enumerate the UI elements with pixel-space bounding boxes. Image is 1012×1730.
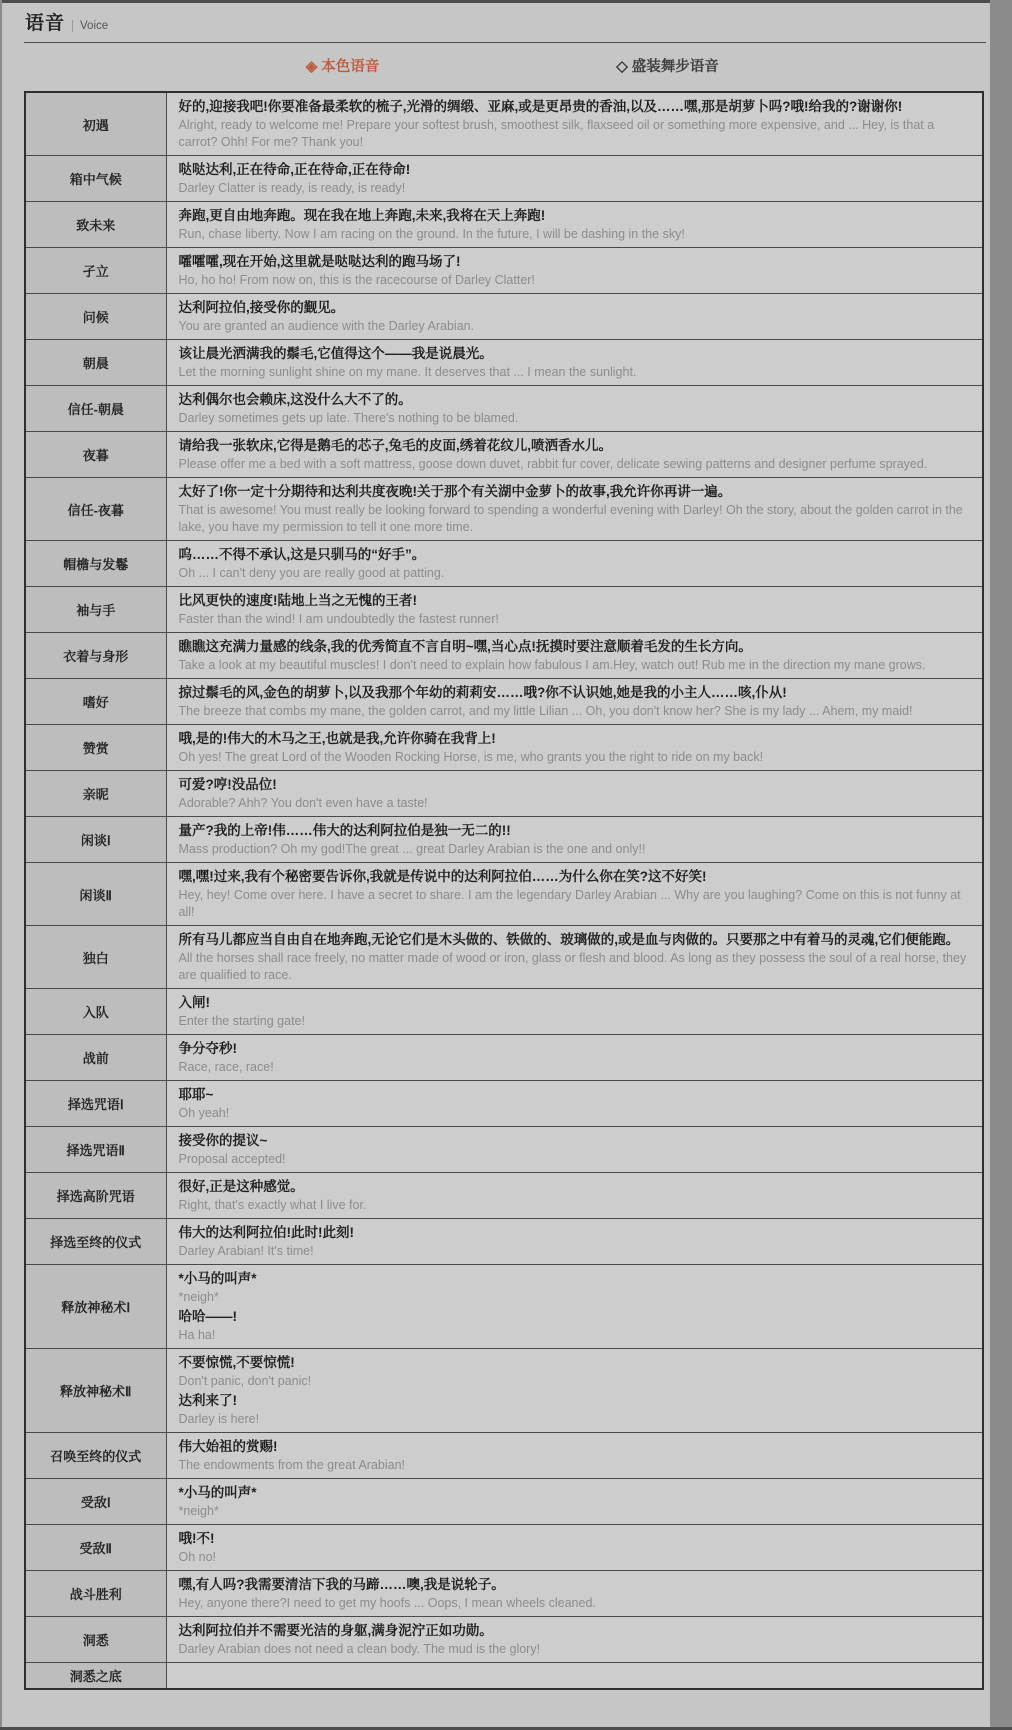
voice-row: 闲谈Ⅱ 嘿,嘿!过来,我有个秘密要告诉你,我就是传说中的达利阿拉伯……为什么你在… xyxy=(25,863,983,926)
voice-line-en: Ha ha! xyxy=(179,1327,971,1344)
voice-row: 箱中气候 哒哒达利,正在待命,正在待命,正在待命!Darley Clatter … xyxy=(25,156,983,202)
voice-row-label: 衣着与身形 xyxy=(25,633,166,679)
voice-row-label: 洞悉之底 xyxy=(25,1663,166,1690)
voice-row-label: 闲谈Ⅰ xyxy=(25,817,166,863)
voice-line-cn: 嘿,有人吗?我需要清洁下我的马蹄……噢,我是说轮子。 xyxy=(179,1575,971,1594)
voice-table-body: 初遇 好的,迎接我吧!你要准备最柔软的梳子,光滑的绸缎、亚麻,或是更昂贵的香油,… xyxy=(25,92,983,1689)
voice-line-cn: 可爱?哼!没品位! xyxy=(179,775,971,794)
voice-line-cn: 掠过鬃毛的风,金色的胡萝卜,以及我那个年幼的莉莉安……哦?你不认识她,她是我的小… xyxy=(179,683,971,702)
voice-row: 信任-朝晨 达利偶尔也会赖床,这没什么大不了的。Darley sometimes… xyxy=(25,386,983,432)
voice-row: 赞赏 哦,是的!伟大的木马之王,也就是我,允许你骑在我背上!Oh yes! Th… xyxy=(25,725,983,771)
voice-line-cn: 伟大的达利阿拉伯!此时!此刻! xyxy=(179,1223,971,1242)
voice-row: 择选高阶咒语 很好,正是这种感觉。Right, that's exactly w… xyxy=(25,1173,983,1219)
voice-row: 释放神秘术Ⅱ 不要惊慌,不要惊慌!Don't panic, don't pani… xyxy=(25,1349,983,1433)
voice-line-en: Race, race, race! xyxy=(179,1059,971,1076)
voice-row-label: 战斗胜利 xyxy=(25,1571,166,1617)
voice-line-cn: *小马的叫声* xyxy=(179,1269,971,1288)
voice-row: 释放神秘术Ⅰ *小马的叫声**neigh*哈哈——!Ha ha! xyxy=(25,1265,983,1349)
voice-row-label: 择选高阶咒语 xyxy=(25,1173,166,1219)
voice-row-label: 亲昵 xyxy=(25,771,166,817)
voice-row-label: 问候 xyxy=(25,294,166,340)
voice-line-cn: 达利来了! xyxy=(179,1391,971,1410)
voice-line-cn: *小马的叫声* xyxy=(179,1483,971,1502)
voice-row: 夜暮 请给我一张软床,它得是鹅毛的芯子,兔毛的皮面,绣着花纹儿,喷洒香水儿。Pl… xyxy=(25,432,983,478)
voice-row-content: 不要惊慌,不要惊慌!Don't panic, don't panic!达利来了!… xyxy=(166,1349,983,1433)
voice-line-cn: 量产?我的上帝!伟……伟大的达利阿拉伯是独一无二的!! xyxy=(179,821,971,840)
voice-row-label: 召唤至终的仪式 xyxy=(25,1433,166,1479)
tab-dressage-voice[interactable]: ◇盛装舞步语音 xyxy=(505,56,830,78)
voice-row-label: 箱中气候 xyxy=(25,156,166,202)
voice-line-cn: 入闸! xyxy=(179,993,971,1012)
voice-row-content: 奔跑,更自由地奔跑。现在我在地上奔跑,未来,我将在天上奔跑!Run, chase… xyxy=(166,202,983,248)
voice-line-en: Oh yeah! xyxy=(179,1105,971,1122)
voice-line-cn: 奔跑,更自由地奔跑。现在我在地上奔跑,未来,我将在天上奔跑! xyxy=(179,206,971,225)
voice-line-en: Darley Clatter is ready, is ready, is re… xyxy=(179,180,971,197)
voice-row-label: 孑立 xyxy=(25,248,166,294)
voice-row: 召唤至终的仪式 伟大始祖的赏赐!The endowments from the … xyxy=(25,1433,983,1479)
voice-row-content: *小马的叫声**neigh* xyxy=(166,1479,983,1525)
voice-line-en: Oh ... I can't deny you are really good … xyxy=(179,565,971,582)
voice-row: 朝晨 该让晨光洒满我的鬃毛,它值得这个——我是说晨光。Let the morni… xyxy=(25,340,983,386)
page-edge-top xyxy=(0,0,1012,3)
voice-line-cn: 哈哈——! xyxy=(179,1307,971,1326)
voice-row-content: 量产?我的上帝!伟……伟大的达利阿拉伯是独一无二的!!Mass producti… xyxy=(166,817,983,863)
voice-row-label: 信任-夜暮 xyxy=(25,478,166,541)
section-title: 语音 xyxy=(25,8,65,35)
voice-line-en: Oh yes! The great Lord of the Wooden Roc… xyxy=(179,749,971,766)
voice-row-content: 接受你的提议~Proposal accepted! xyxy=(166,1127,983,1173)
voice-row-content: 争分夺秒!Race, race, race! xyxy=(166,1035,983,1081)
voice-line-en: The breeze that combs my mane, the golde… xyxy=(179,703,971,720)
voice-row-label: 择选至终的仪式 xyxy=(25,1219,166,1265)
voice-row-label: 夜暮 xyxy=(25,432,166,478)
voice-line-en: Hey, hey! Come over here. I have a secre… xyxy=(179,887,971,921)
voice-line-en: Right, that's exactly what I live for. xyxy=(179,1197,971,1214)
voice-row: 受敌Ⅱ 哦!不!Oh no! xyxy=(25,1525,983,1571)
voice-row-content: 耶耶~Oh yeah! xyxy=(166,1081,983,1127)
voice-row: 受敌Ⅰ *小马的叫声**neigh* xyxy=(25,1479,983,1525)
voice-line-cn: 达利偶尔也会赖床,这没什么大不了的。 xyxy=(179,390,971,409)
voice-row-label: 嗜好 xyxy=(25,679,166,725)
voice-line-en: Ho, ho ho! From now on, this is the race… xyxy=(179,272,971,289)
voice-row-label: 朝晨 xyxy=(25,340,166,386)
voice-line-en: Take a look at my beautiful muscles! I d… xyxy=(179,657,971,674)
voice-row-content: 达利偶尔也会赖床,这没什么大不了的。Darley sometimes gets … xyxy=(166,386,983,432)
voice-line-cn: 很好,正是这种感觉。 xyxy=(179,1177,971,1196)
voice-row: 择选咒语Ⅰ 耶耶~Oh yeah! xyxy=(25,1081,983,1127)
voice-row: 帽檐与发鬈 呜……不得不承认,这是只驯马的“好手”。Oh ... I can't… xyxy=(25,541,983,587)
voice-line-cn: 所有马儿都应当自由自在地奔跑,无论它们是木头做的、铁做的、玻璃做的,或是血与肉做… xyxy=(179,930,971,949)
voice-row-content: 伟大始祖的赏赐!The endowments from the great Ar… xyxy=(166,1433,983,1479)
voice-row: 问候 达利阿拉伯,接受你的觐见。You are granted an audie… xyxy=(25,294,983,340)
voice-row-label: 受敌Ⅰ xyxy=(25,1479,166,1525)
voice-line-cn: 哦,是的!伟大的木马之王,也就是我,允许你骑在我背上! xyxy=(179,729,971,748)
voice-row-content: 请给我一张软床,它得是鹅毛的芯子,兔毛的皮面,绣着花纹儿,喷洒香水儿。Pleas… xyxy=(166,432,983,478)
voice-line-en: Mass production? Oh my god!The great ...… xyxy=(179,841,971,858)
section-header: 语音 Voice xyxy=(24,8,986,35)
voice-row: 亲昵 可爱?哼!没品位!Adorable? Ahh? You don't eve… xyxy=(25,771,983,817)
voice-line-cn: 接受你的提议~ xyxy=(179,1131,971,1150)
voice-row: 战前 争分夺秒!Race, race, race! xyxy=(25,1035,983,1081)
voice-line-cn: 哒哒达利,正在待命,正在待命,正在待命! xyxy=(179,160,971,179)
voice-row: 入队 入闸!Enter the starting gate! xyxy=(25,989,983,1035)
voice-line-en: That is awesome! You must really be look… xyxy=(179,502,971,536)
page-edge-right xyxy=(990,0,1012,1730)
voice-table: 初遇 好的,迎接我吧!你要准备最柔软的梳子,光滑的绸缎、亚麻,或是更昂贵的香油,… xyxy=(24,91,984,1690)
voice-row-content: 嚯嚯嚯,现在开始,这里就是哒哒达利的跑马场了!Ho, ho ho! From n… xyxy=(166,248,983,294)
voice-row: 洞悉之底 xyxy=(25,1663,983,1690)
voice-row: 信任-夜暮 太好了!你一定十分期待和达利共度夜晚!关于那个有关湖中金萝卜的故事,… xyxy=(25,478,983,541)
voice-row-content: 太好了!你一定十分期待和达利共度夜晚!关于那个有关湖中金萝卜的故事,我允许你再讲… xyxy=(166,478,983,541)
voice-line-en: Faster than the wind! I am undoubtedly t… xyxy=(179,611,971,628)
voice-line-en: Oh no! xyxy=(179,1549,971,1566)
voice-row-label: 信任-朝晨 xyxy=(25,386,166,432)
voice-row-label: 择选咒语Ⅱ xyxy=(25,1127,166,1173)
tab-dressage-voice-label: 盛装舞步语音 xyxy=(632,59,719,75)
voice-line-cn: 比风更快的速度!陆地上当之无愧的王者! xyxy=(179,591,971,610)
voice-line-en: Don't panic, don't panic! xyxy=(179,1373,971,1390)
voice-row-content: 掠过鬃毛的风,金色的胡萝卜,以及我那个年幼的莉莉安……哦?你不认识她,她是我的小… xyxy=(166,679,983,725)
voice-row-content: 嘿,嘿!过来,我有个秘密要告诉你,我就是传说中的达利阿拉伯……为什么你在笑?这不… xyxy=(166,863,983,926)
voice-row-label: 初遇 xyxy=(25,92,166,156)
voice-line-cn: 呜……不得不承认,这是只驯马的“好手”。 xyxy=(179,545,971,564)
voice-line-cn: 哦!不! xyxy=(179,1529,971,1548)
voice-row: 闲谈Ⅰ 量产?我的上帝!伟……伟大的达利阿拉伯是独一无二的!!Mass prod… xyxy=(25,817,983,863)
voice-line-cn: 该让晨光洒满我的鬃毛,它值得这个——我是说晨光。 xyxy=(179,344,971,363)
voice-row-label: 赞赏 xyxy=(25,725,166,771)
voice-line-cn: 嚯嚯嚯,现在开始,这里就是哒哒达利的跑马场了! xyxy=(179,252,971,271)
voice-row-label: 闲谈Ⅱ xyxy=(25,863,166,926)
voice-row-content: 达利阿拉伯并不需要光洁的身躯,满身泥泞正如功勋。Darley Arabian d… xyxy=(166,1617,983,1663)
voice-row-label: 释放神秘术Ⅱ xyxy=(25,1349,166,1433)
voice-line-en: Proposal accepted! xyxy=(179,1151,971,1168)
voice-row-content: 比风更快的速度!陆地上当之无愧的王者!Faster than the wind!… xyxy=(166,587,983,633)
voice-row-content: 瞧瞧这充满力量感的线条,我的优秀简直不言自明~嘿,当心点!抚摸时要注意顺着毛发的… xyxy=(166,633,983,679)
voice-row: 孑立 嚯嚯嚯,现在开始,这里就是哒哒达利的跑马场了!Ho, ho ho! Fro… xyxy=(25,248,983,294)
voice-row-label: 洞悉 xyxy=(25,1617,166,1663)
voice-row-label: 袖与手 xyxy=(25,587,166,633)
voice-row-label: 独白 xyxy=(25,926,166,989)
voice-line-cn: 争分夺秒! xyxy=(179,1039,971,1058)
voice-row-content: 该让晨光洒满我的鬃毛,它值得这个——我是说晨光。Let the morning … xyxy=(166,340,983,386)
voice-row-content: 所有马儿都应当自由自在地奔跑,无论它们是木头做的、铁做的、玻璃做的,或是血与肉做… xyxy=(166,926,983,989)
voice-row-content: 嘿,有人吗?我需要清洁下我的马蹄……噢,我是说轮子。Hey, anyone th… xyxy=(166,1571,983,1617)
voice-row-label: 致未来 xyxy=(25,202,166,248)
voice-line-cn: 伟大始祖的赏赐! xyxy=(179,1437,971,1456)
voice-row-content: 伟大的达利阿拉伯!此时!此刻!Darley Arabian! It's time… xyxy=(166,1219,983,1265)
voice-row-content: *小马的叫声**neigh*哈哈——!Ha ha! xyxy=(166,1265,983,1349)
voice-row-label: 择选咒语Ⅰ xyxy=(25,1081,166,1127)
voice-row: 致未来 奔跑,更自由地奔跑。现在我在地上奔跑,未来,我将在天上奔跑!Run, c… xyxy=(25,202,983,248)
voice-line-en: Let the morning sunlight shine on my man… xyxy=(179,364,971,381)
voice-line-en: Darley Arabian! It's time! xyxy=(179,1243,971,1260)
voice-row-label: 释放神秘术Ⅰ xyxy=(25,1265,166,1349)
voice-line-cn: 请给我一张软床,它得是鹅毛的芯子,兔毛的皮面,绣着花纹儿,喷洒香水儿。 xyxy=(179,436,971,455)
hollow-diamond-icon: ◇ xyxy=(616,58,628,75)
voice-row-content: 入闸!Enter the starting gate! xyxy=(166,989,983,1035)
voice-line-en: Adorable? Ahh? You don't even have a tas… xyxy=(179,795,971,812)
voice-row-label: 帽檐与发鬈 xyxy=(25,541,166,587)
voice-line-en: Darley is here! xyxy=(179,1411,971,1428)
voice-line-cn: 不要惊慌,不要惊慌! xyxy=(179,1353,971,1372)
voice-line-en: Darley sometimes gets up late. There's n… xyxy=(179,410,971,427)
header-divider xyxy=(24,42,986,43)
voice-row: 择选至终的仪式 伟大的达利阿拉伯!此时!此刻!Darley Arabian! I… xyxy=(25,1219,983,1265)
voice-row: 独白 所有马儿都应当自由自在地奔跑,无论它们是木头做的、铁做的、玻璃做的,或是血… xyxy=(25,926,983,989)
voice-row: 初遇 好的,迎接我吧!你要准备最柔软的梳子,光滑的绸缎、亚麻,或是更昂贵的香油,… xyxy=(25,92,983,156)
voice-row-label: 入队 xyxy=(25,989,166,1035)
voice-line-cn: 太好了!你一定十分期待和达利共度夜晚!关于那个有关湖中金萝卜的故事,我允许你再讲… xyxy=(179,482,971,501)
voice-row-content: 哦!不!Oh no! xyxy=(166,1525,983,1571)
tab-true-voice[interactable]: ◈本色语音 xyxy=(180,56,505,78)
voice-line-en: Darley Arabian does not need a clean bod… xyxy=(179,1641,971,1658)
voice-line-en: Run, chase liberty. Now I am racing on t… xyxy=(179,226,971,243)
voice-tabs: ◈本色语音 ◇盛装舞步语音 xyxy=(180,56,830,78)
page-edge-left xyxy=(0,0,2,1730)
voice-line-en: Please offer me a bed with a soft mattre… xyxy=(179,456,971,473)
voice-line-cn: 好的,迎接我吧!你要准备最柔软的梳子,光滑的绸缎、亚麻,或是更昂贵的香油,以及…… xyxy=(179,97,971,116)
voice-row-label: 战前 xyxy=(25,1035,166,1081)
voice-line-cn: 达利阿拉伯,接受你的觐见。 xyxy=(179,298,971,317)
voice-row: 衣着与身形 瞧瞧这充满力量感的线条,我的优秀简直不言自明~嘿,当心点!抚摸时要注… xyxy=(25,633,983,679)
voice-row-content: 很好,正是这种感觉。Right, that's exactly what I l… xyxy=(166,1173,983,1219)
voice-row: 袖与手 比风更快的速度!陆地上当之无愧的王者!Faster than the w… xyxy=(25,587,983,633)
voice-line-en: Hey, anyone there?I need to get my hoofs… xyxy=(179,1595,971,1612)
voice-line-en: *neigh* xyxy=(179,1289,971,1306)
voice-row: 战斗胜利 嘿,有人吗?我需要清洁下我的马蹄……噢,我是说轮子。Hey, anyo… xyxy=(25,1571,983,1617)
voice-line-en: The endowments from the great Arabian! xyxy=(179,1457,971,1474)
voice-line-cn: 嘿,嘿!过来,我有个秘密要告诉你,我就是传说中的达利阿拉伯……为什么你在笑?这不… xyxy=(179,867,971,886)
voice-line-en: Enter the starting gate! xyxy=(179,1013,971,1030)
voice-line-en: Alright, ready to welcome me! Prepare yo… xyxy=(179,117,971,151)
filled-diamond-icon: ◈ xyxy=(306,58,318,75)
tab-true-voice-label: 本色语音 xyxy=(321,59,379,75)
voice-line-en: *neigh* xyxy=(179,1503,971,1520)
voice-line-en: You are granted an audience with the Dar… xyxy=(179,318,971,335)
voice-row-label: 受敌Ⅱ xyxy=(25,1525,166,1571)
voice-row: 择选咒语Ⅱ 接受你的提议~Proposal accepted! xyxy=(25,1127,983,1173)
voice-row-content: 哦,是的!伟大的木马之王,也就是我,允许你骑在我背上!Oh yes! The g… xyxy=(166,725,983,771)
voice-line-en: All the horses shall race freely, no mat… xyxy=(179,950,971,984)
voice-row-content: 呜……不得不承认,这是只驯马的“好手”。Oh ... I can't deny … xyxy=(166,541,983,587)
voice-row-content xyxy=(166,1663,983,1690)
voice-line-cn: 瞧瞧这充满力量感的线条,我的优秀简直不言自明~嘿,当心点!抚摸时要注意顺着毛发的… xyxy=(179,637,971,656)
voice-row: 洞悉 达利阿拉伯并不需要光洁的身躯,满身泥泞正如功勋。Darley Arabia… xyxy=(25,1617,983,1663)
voice-row-content: 达利阿拉伯,接受你的觐见。You are granted an audience… xyxy=(166,294,983,340)
voice-line-cn: 耶耶~ xyxy=(179,1085,971,1104)
voice-row: 嗜好 掠过鬃毛的风,金色的胡萝卜,以及我那个年幼的莉莉安……哦?你不认识她,她是… xyxy=(25,679,983,725)
voice-row-content: 哒哒达利,正在待命,正在待命,正在待命!Darley Clatter is re… xyxy=(166,156,983,202)
voice-row-content: 好的,迎接我吧!你要准备最柔软的梳子,光滑的绸缎、亚麻,或是更昂贵的香油,以及…… xyxy=(166,92,983,156)
section-subtitle: Voice xyxy=(72,20,108,32)
voice-line-cn: 达利阿拉伯并不需要光洁的身躯,满身泥泞正如功勋。 xyxy=(179,1621,971,1640)
voice-row-content: 可爱?哼!没品位!Adorable? Ahh? You don't even h… xyxy=(166,771,983,817)
voice-section: 语音 Voice ◈本色语音 ◇盛装舞步语音 初遇 好的,迎接我吧!你要准备最柔… xyxy=(24,8,986,1690)
